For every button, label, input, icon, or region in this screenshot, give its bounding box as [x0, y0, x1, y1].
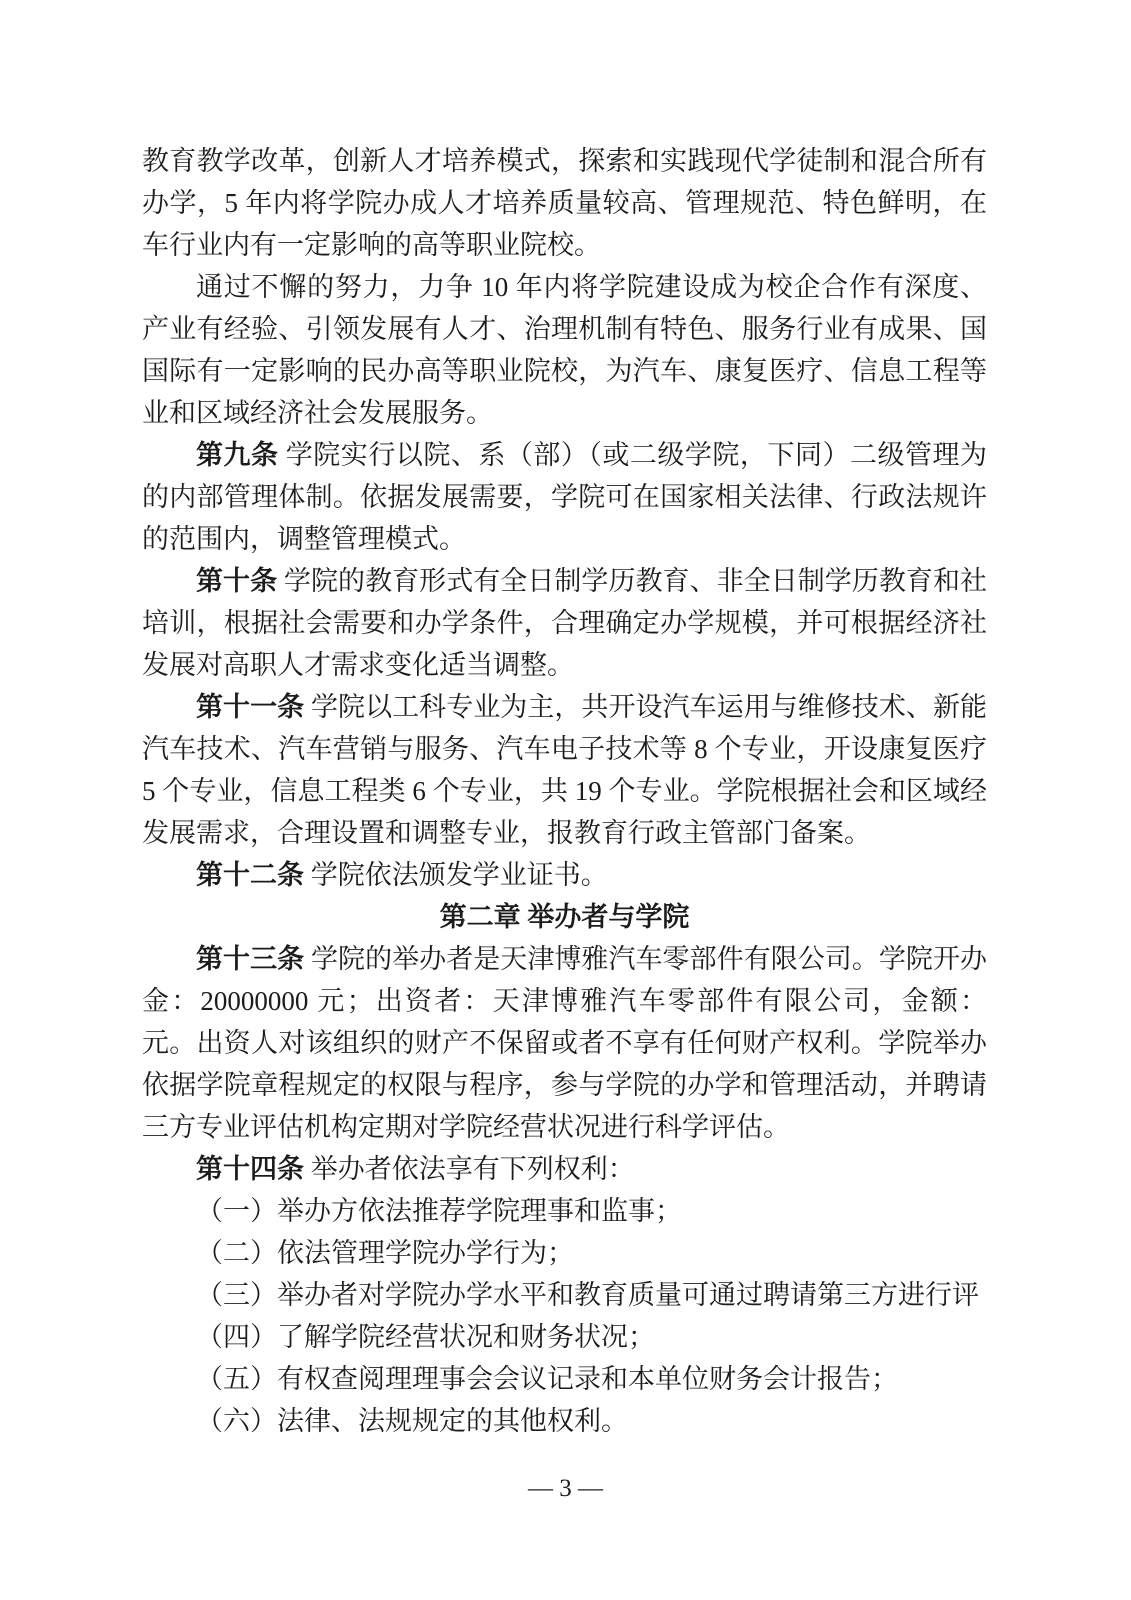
article-number: 第九条 — [196, 440, 279, 470]
text-line: 国际有一定影响的民办高等职业院校，为汽车、康复医疗、信息工程等行 — [142, 350, 987, 392]
article-number: 第十四条 — [196, 1154, 304, 1184]
text-line: 三方专业评估机构定期对学院经营状况进行科学评估。 — [142, 1106, 987, 1148]
text-line: 培训，根据社会需要和办学条件，合理确定办学规模，并可根据经济社会 — [142, 602, 987, 644]
page-number: — 3 — — [0, 1472, 1131, 1506]
text-line: 第十四条 举办者依法享有下列权利： — [142, 1148, 987, 1190]
text-line: 教育教学改革，创新人才培养模式，探索和实践现代学徒制和混合所有制 — [142, 140, 987, 182]
article-number: 第十条 — [196, 566, 277, 596]
text-line: 产业有经验、引领发展有人才、治理机制有特色、服务行业有成果、国内 — [142, 308, 987, 350]
text-line: 金：20000000 元；出资者：天津博雅汽车零部件有限公司，金额：200000… — [142, 980, 987, 1022]
document-body: 教育教学改革，创新人才培养模式，探索和实践现代学徒制和混合所有制办学，5 年内将… — [142, 140, 987, 1442]
text-line: （六）法律、法规规定的其他权利。 — [142, 1400, 987, 1442]
text-line: 汽车技术、汽车营销与服务、汽车电子技术等 8 个专业，开设康复医疗类 — [142, 728, 987, 770]
text-line: 第十三条 学院的举办者是天津博雅汽车零部件有限公司。学院开办资 — [142, 938, 987, 980]
text-line: 元。出资人对该组织的财产不保留或者不享有任何财产权利。学院举办者 — [142, 1022, 987, 1064]
text-line: 办学，5 年内将学院办成人才培养质量较高、管理规范、特色鲜明，在汽 — [142, 182, 987, 224]
text-line: 发展对高职人才需求变化适当调整。 — [142, 644, 987, 686]
article-number: 第十三条 — [196, 944, 304, 974]
page-number-label: — 3 — — [528, 1475, 603, 1502]
text-line: 第十条 学院的教育形式有全日制学历教育、非全日制学历教育和社会 — [142, 560, 987, 602]
text-line: 第十二条 学院依法颁发学业证书。 — [142, 854, 987, 896]
text-line: （二）依法管理学院办学行为； — [142, 1232, 987, 1274]
text-line: 第十一条 学院以工科专业为主，共开设汽车运用与维修技术、新能源 — [142, 686, 987, 728]
text-line: 的内部管理体制。依据发展需要，学院可在国家相关法律、行政法规许可 — [142, 476, 987, 518]
text-line: （一）举办方依法推荐学院理事和监事； — [142, 1190, 987, 1232]
article-number: 第十一条 — [196, 692, 304, 722]
document-page: 教育教学改革，创新人才培养模式，探索和实践现代学徒制和混合所有制办学，5 年内将… — [0, 0, 1131, 1600]
chapter-heading: 第二章 举办者与学院 — [142, 896, 987, 938]
text-line: （四）了解学院经营状况和财务状况； — [142, 1316, 987, 1358]
text-line: 依据学院章程规定的权限与程序，参与学院的办学和管理活动，并聘请第 — [142, 1064, 987, 1106]
text-line: 业和区域经济社会发展服务。 — [142, 392, 987, 434]
text-line: 第九条 学院实行以院、系（部）（或二级学院，下同）二级管理为主 — [142, 434, 987, 476]
text-line: 发展需求，合理设置和调整专业，报教育行政主管部门备案。 — [142, 812, 987, 854]
text-line: 车行业内有一定影响的高等职业院校。 — [142, 224, 987, 266]
text-line: （五）有权查阅理理事会会议记录和本单位财务会计报告； — [142, 1358, 987, 1400]
text-line: （三）举办者对学院办学水平和教育质量可通过聘请第三方进行评估； — [142, 1274, 987, 1316]
text-line: 5 个专业，信息工程类 6 个专业，共 19 个专业。学院根据社会和区域经济 — [142, 770, 987, 812]
text-line: 的范围内，调整管理模式。 — [142, 518, 987, 560]
text-line: 通过不懈的努力，力争 10 年内将学院建设成为校企合作有深度、对接 — [142, 266, 987, 308]
article-number: 第十二条 — [196, 860, 304, 890]
